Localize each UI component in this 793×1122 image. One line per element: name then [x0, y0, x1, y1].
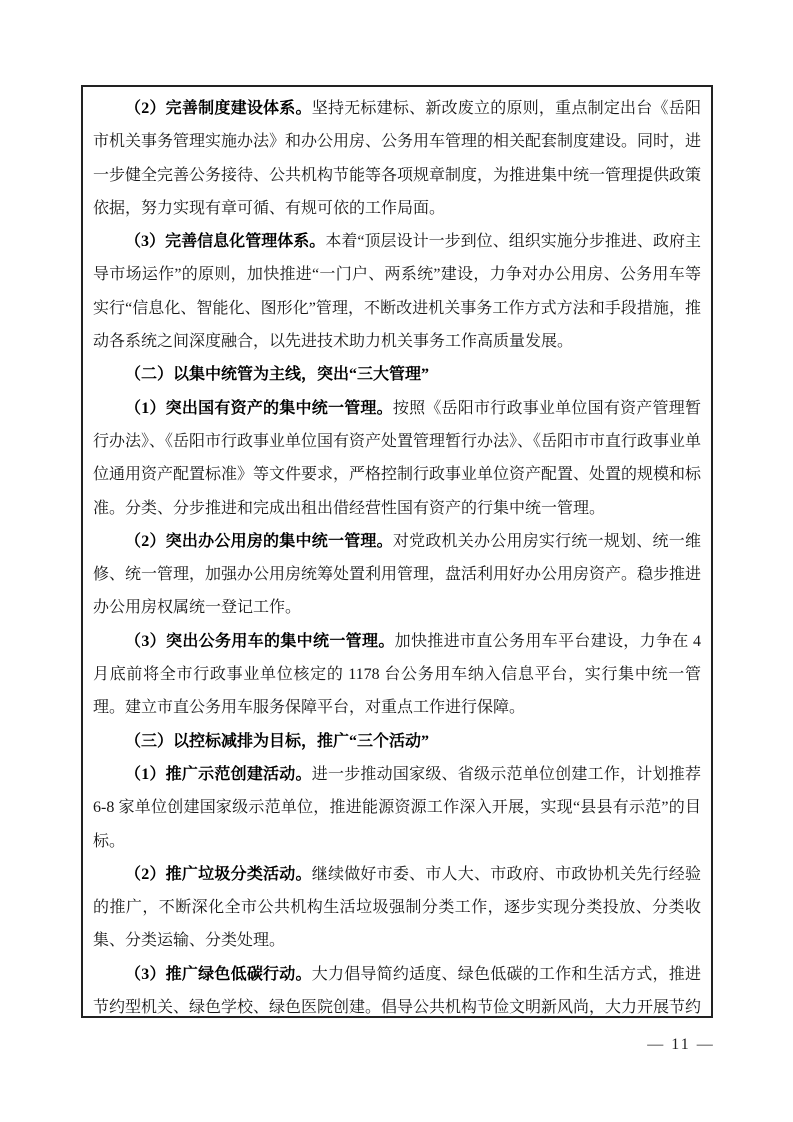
paragraph-lead: （2）突出办公用房的集中统一管理。 — [125, 533, 393, 550]
paragraph: （2）推广垃圾分类活动。继续做好市委、市人大、市政府、市政协机关先行经验的推广，… — [93, 858, 701, 958]
paragraph-lead: （二）以集中统管为主线，突出“三大管理” — [125, 366, 429, 383]
paragraph-lead: （2）完善制度建设体系。 — [125, 100, 312, 117]
paragraph-lead: （3）推广绿色低碳行动。 — [125, 966, 312, 983]
paragraph-lead: （三）以控标减排为目标，推广“三个活动” — [125, 733, 429, 750]
paragraph: （1）推广示范创建活动。进一步推动国家级、省级示范单位创建工作，计划推荐 6-8… — [93, 758, 701, 858]
paragraph-lead: （3）突出公务用车的集中统一管理。 — [125, 633, 395, 650]
section-heading: （三）以控标减排为目标，推广“三个活动” — [93, 725, 701, 758]
paragraph: （2）完善制度建设体系。坚持无标建标、新改废立的原则，重点制定出台《岳阳市机关事… — [93, 92, 701, 225]
paragraph-body: 按照《岳阳市行政事业单位国有资产管理暂行办法》、《岳阳市行政事业单位国有资产处置… — [93, 400, 701, 517]
document-page: （2）完善制度建设体系。坚持无标建标、新改废立的原则，重点制定出台《岳阳市机关事… — [0, 0, 793, 1122]
paragraph-lead: （3）完善信息化管理体系。 — [125, 233, 325, 250]
paragraph: （3）突出公务用车的集中统一管理。加快推进市直公务用车平台建设，力争在 4 月底… — [93, 625, 701, 725]
paragraph-lead: （1）突出国有资产的集中统一管理。 — [125, 400, 393, 417]
paragraph: （2）突出办公用房的集中统一管理。对党政机关办公用房实行统一规划、统一维修、统一… — [93, 525, 701, 625]
paragraph-body: 坚持无标建标、新改废立的原则，重点制定出台《岳阳市机关事务管理实施办法》和办公用… — [93, 100, 701, 217]
paragraph-lead: （1）推广示范创建活动。 — [125, 766, 312, 783]
section-heading: （二）以集中统管为主线，突出“三大管理” — [93, 358, 701, 391]
page-number: — 11 — — [621, 1036, 741, 1054]
paragraph: （3）推广绿色低碳行动。大力倡导简约适度、绿色低碳的工作和生活方式，推进节约型机… — [93, 958, 701, 1018]
content-border-box: （2）完善制度建设体系。坚持无标建标、新改废立的原则，重点制定出台《岳阳市机关事… — [81, 85, 713, 1018]
paragraph-lead: （2）推广垃圾分类活动。 — [125, 866, 312, 883]
paragraph: （1）突出国有资产的集中统一管理。按照《岳阳市行政事业单位国有资产管理暂行办法》… — [93, 392, 701, 525]
paragraph-body: 本着“顶层设计一步到位、组织实施分步推进、政府主导市场运作”的原则，加快推进“一… — [93, 233, 701, 350]
paragraph: （3）完善信息化管理体系。本着“顶层设计一步到位、组织实施分步推进、政府主导市场… — [93, 225, 701, 358]
